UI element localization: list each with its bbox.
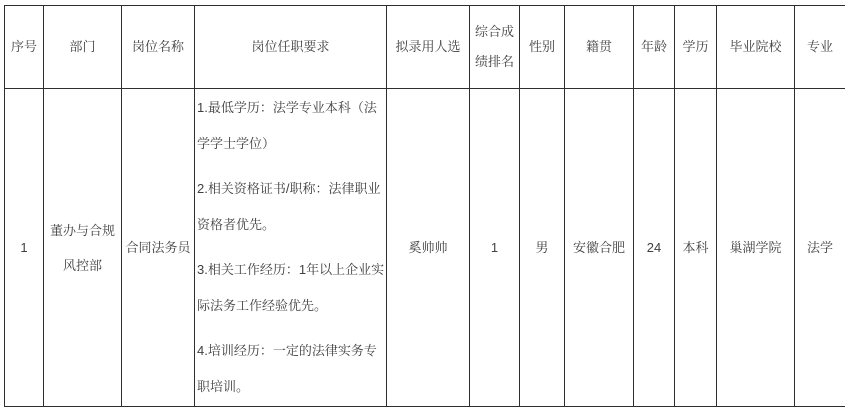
- cell-position: 合同法务员: [122, 89, 195, 407]
- recruitment-table: 序号 部门 岗位名称 岗位任职要求 拟录用人选 综合成绩排名 性别 籍贯 年龄 …: [4, 5, 845, 407]
- cell-rank: 1: [470, 89, 520, 407]
- header-cell-position: 岗位名称: [122, 6, 195, 89]
- cell-hometown: 安徽合肥: [565, 89, 634, 407]
- cell-department: 董办与合规风控部: [44, 89, 122, 407]
- header-cell-candidate: 拟录用人选: [387, 6, 470, 89]
- header-cell-education: 学历: [675, 6, 717, 89]
- recruitment-table-page: 序号 部门 岗位名称 岗位任职要求 拟录用人选 综合成绩排名 性别 籍贯 年龄 …: [0, 0, 845, 410]
- cell-school: 巢湖学院: [717, 89, 795, 407]
- header-cell-seq: 序号: [5, 6, 44, 89]
- table-row: 1 董办与合规风控部 合同法务员 1.最低学历：法学专业本科（法学学士学位） 2…: [5, 89, 845, 407]
- requirement-item-2: 2.相关资格证书/职称：法律职业资格者优先。: [197, 171, 385, 243]
- cell-education: 本科: [675, 89, 717, 407]
- table-header: 序号 部门 岗位名称 岗位任职要求 拟录用人选 综合成绩排名 性别 籍贯 年龄 …: [5, 6, 845, 89]
- header-cell-requirements: 岗位任职要求: [195, 6, 387, 89]
- header-cell-department: 部门: [44, 6, 122, 89]
- header-cell-major: 专业: [795, 6, 845, 89]
- requirement-item-1: 1.最低学历：法学专业本科（法学学士学位）: [197, 90, 385, 162]
- requirement-item-4: 4.培训经历：一定的法律实务专职培训。: [197, 333, 385, 405]
- header-cell-school: 毕业院校: [717, 6, 795, 89]
- header-cell-age: 年龄: [634, 6, 675, 89]
- cell-major: 法学: [795, 89, 845, 407]
- header-cell-hometown: 籍贯: [565, 6, 634, 89]
- header-row: 序号 部门 岗位名称 岗位任职要求 拟录用人选 综合成绩排名 性别 籍贯 年龄 …: [5, 6, 845, 89]
- cell-candidate: 奚帅帅: [387, 89, 470, 407]
- cell-gender: 男: [520, 89, 565, 407]
- cell-age: 24: [634, 89, 675, 407]
- requirement-item-3: 3.相关工作经历：1年以上企业实际法务工作经验优先。: [197, 252, 385, 324]
- cell-seq: 1: [5, 89, 44, 407]
- header-cell-gender: 性别: [520, 6, 565, 89]
- cell-requirements: 1.最低学历：法学专业本科（法学学士学位） 2.相关资格证书/职称：法律职业资格…: [195, 89, 387, 407]
- header-cell-rank: 综合成绩排名: [470, 6, 520, 89]
- table-body: 1 董办与合规风控部 合同法务员 1.最低学历：法学专业本科（法学学士学位） 2…: [5, 89, 845, 407]
